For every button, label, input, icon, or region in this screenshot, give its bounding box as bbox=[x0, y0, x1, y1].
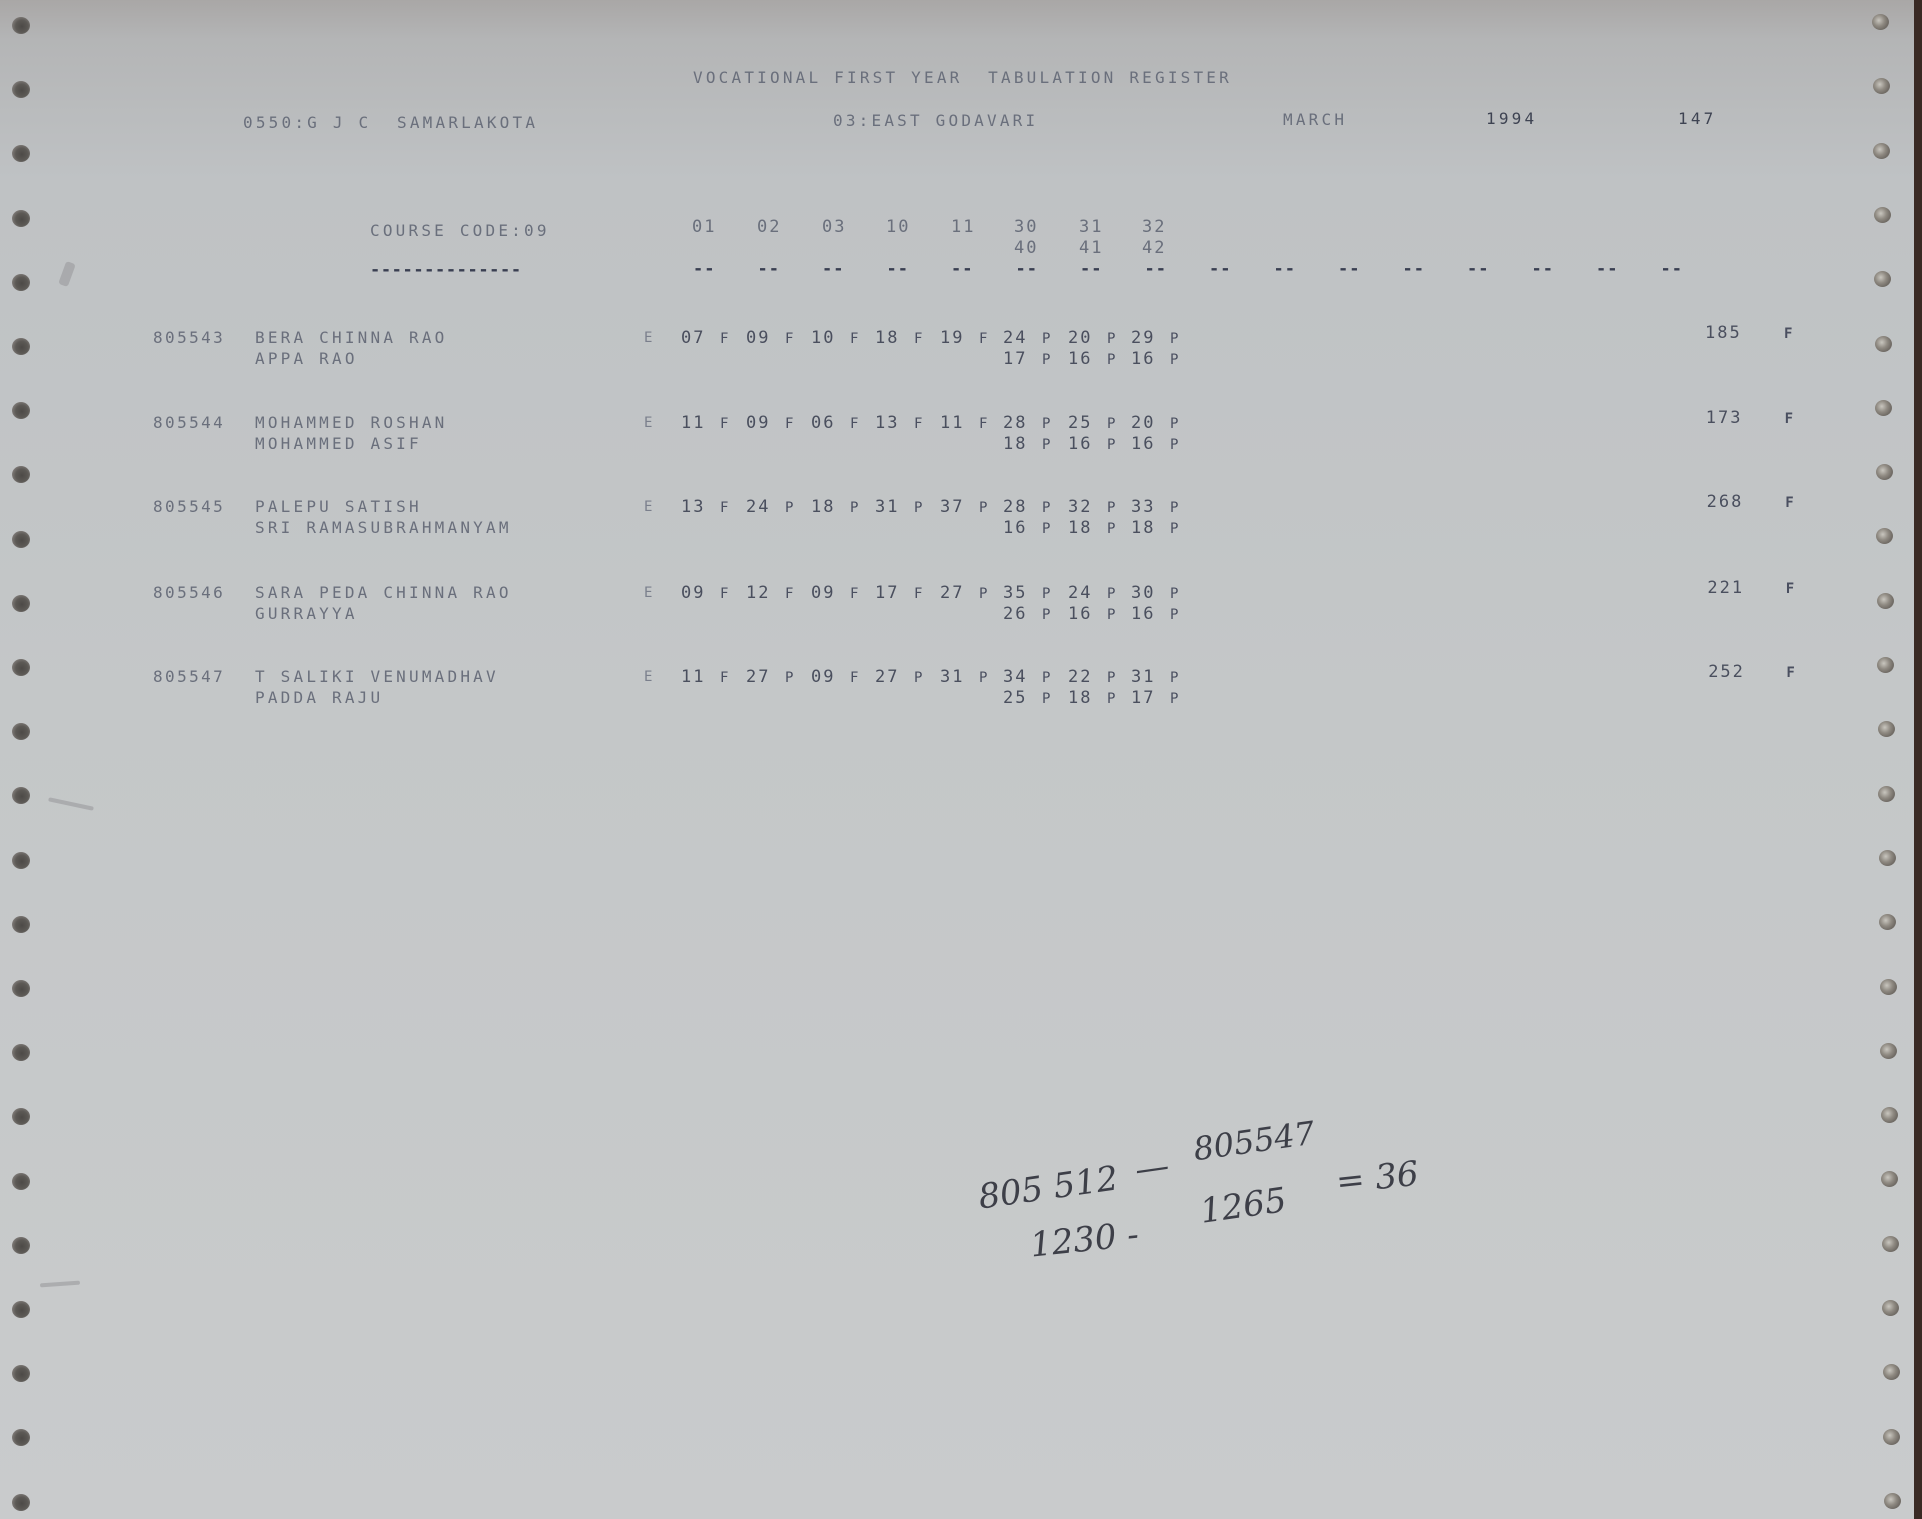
father-name: PADDA RAJU bbox=[255, 690, 383, 706]
tractor-hole bbox=[12, 338, 30, 355]
subject-mark: 12 bbox=[746, 585, 770, 602]
tractor-hole bbox=[1882, 1300, 1899, 1316]
subject-grade: P bbox=[785, 671, 793, 685]
medium-code: E bbox=[644, 416, 652, 430]
report-title: VOCATIONAL FIRST YEAR TABULATION REGISTE… bbox=[693, 70, 1232, 86]
district: 03:EAST GODAVARI bbox=[833, 113, 1038, 129]
subject-mark: 11 bbox=[940, 415, 964, 432]
total-marks: 173 bbox=[1706, 410, 1743, 427]
tractor-hole bbox=[12, 145, 30, 162]
subject-mark: 31 bbox=[875, 499, 899, 516]
course-code-label: COURSE CODE:09 bbox=[370, 223, 550, 239]
practical-grade: P bbox=[1170, 353, 1178, 367]
father-name: MOHAMMED ASIF bbox=[255, 436, 422, 452]
tractor-hole bbox=[1883, 1364, 1900, 1380]
subject-grade: F bbox=[914, 332, 922, 346]
column-separator: -- bbox=[887, 261, 909, 278]
subject-grade: P bbox=[1170, 417, 1178, 431]
practical-grade: P bbox=[1042, 438, 1050, 452]
column-separator: -- bbox=[758, 261, 780, 278]
practical-mark: 17 bbox=[1003, 351, 1027, 368]
subject-grade: F bbox=[720, 501, 728, 515]
tractor-hole bbox=[1875, 400, 1892, 416]
subject-grade: P bbox=[1170, 501, 1178, 515]
note-range-end: 805547 bbox=[1191, 1114, 1317, 1169]
note-line2-end: 1265 bbox=[1198, 1180, 1289, 1232]
subject-grade: P bbox=[1107, 417, 1115, 431]
subject-grade: F bbox=[720, 332, 728, 346]
subject-grade: F bbox=[914, 417, 922, 431]
subject-mark: 25 bbox=[1068, 415, 1092, 432]
medium-code: E bbox=[644, 331, 652, 345]
practical-grade: P bbox=[1170, 522, 1178, 536]
tractor-hole bbox=[1878, 786, 1895, 802]
practical-grade: P bbox=[1042, 692, 1050, 706]
subject-mark: 27 bbox=[746, 669, 770, 686]
practical-grade: P bbox=[1107, 438, 1115, 452]
practical-mark: 26 bbox=[1003, 606, 1027, 623]
student-name: PALEPU SATISH bbox=[255, 499, 422, 515]
subject-mark: 18 bbox=[811, 499, 835, 516]
father-name: GURRAYYA bbox=[255, 606, 358, 622]
tractor-hole bbox=[12, 210, 30, 227]
subject-grade: F bbox=[979, 332, 987, 346]
subject-mark: 24 bbox=[1068, 585, 1092, 602]
tractor-hole bbox=[12, 402, 30, 419]
student-name: SARA PEDA CHINNA RAO bbox=[255, 585, 512, 601]
tractor-hole bbox=[12, 1237, 30, 1254]
subject-grade: F bbox=[914, 587, 922, 601]
subject-mark: 22 bbox=[1068, 669, 1092, 686]
subject-code: 30 bbox=[1014, 219, 1038, 236]
margin-mark bbox=[40, 1281, 80, 1288]
page-number: 147 bbox=[1678, 111, 1717, 127]
subject-mark: 29 bbox=[1131, 330, 1155, 347]
practical-mark: 18 bbox=[1131, 520, 1155, 537]
hall-ticket-number: 805544 bbox=[153, 415, 225, 431]
subject-grade: P bbox=[1107, 671, 1115, 685]
subject-mark: 10 bbox=[811, 330, 835, 347]
practical-grade: P bbox=[1042, 353, 1050, 367]
subject-grade: F bbox=[850, 332, 858, 346]
subject-grade: P bbox=[979, 671, 987, 685]
subject-code: 10 bbox=[886, 219, 910, 236]
practical-mark: 16 bbox=[1003, 520, 1027, 537]
paper-edge bbox=[1914, 0, 1922, 1519]
medium-code: E bbox=[644, 586, 652, 600]
subject-grade: P bbox=[1170, 587, 1178, 601]
subject-mark: 34 bbox=[1003, 669, 1027, 686]
tractor-hole bbox=[12, 1365, 30, 1382]
practical-mark: 18 bbox=[1068, 520, 1092, 537]
tractor-hole bbox=[1872, 14, 1889, 30]
subject-grade: P bbox=[850, 501, 858, 515]
exam-month: MARCH bbox=[1283, 112, 1347, 128]
subject-mark: 37 bbox=[940, 499, 964, 516]
hall-ticket-number: 805545 bbox=[153, 499, 225, 515]
subject-mark: 24 bbox=[746, 499, 770, 516]
subject-grade: P bbox=[1170, 332, 1178, 346]
tractor-hole bbox=[1877, 593, 1894, 609]
subject-grade: P bbox=[1042, 417, 1050, 431]
practical-mark: 18 bbox=[1068, 690, 1092, 707]
practical-mark: 16 bbox=[1068, 436, 1092, 453]
tractor-hole bbox=[12, 1108, 30, 1125]
subject-mark: 19 bbox=[940, 330, 964, 347]
subject-code: 01 bbox=[692, 219, 716, 236]
subject-mark: 35 bbox=[1003, 585, 1027, 602]
note-dash: — bbox=[1132, 1146, 1171, 1190]
margin-mark bbox=[58, 261, 76, 287]
practical-grade: P bbox=[1170, 692, 1178, 706]
column-separator: -- bbox=[1145, 261, 1167, 278]
tractor-hole bbox=[1880, 979, 1897, 995]
tractor-hole bbox=[12, 980, 30, 997]
practical-mark: 16 bbox=[1131, 606, 1155, 623]
tractor-hole bbox=[12, 1429, 30, 1446]
final-result: F bbox=[1785, 412, 1793, 426]
subject-mark: 33 bbox=[1131, 499, 1155, 516]
column-separator: -- bbox=[951, 261, 973, 278]
subject-grade: F bbox=[785, 587, 793, 601]
subject-grade: P bbox=[1042, 671, 1050, 685]
total-marks: 185 bbox=[1705, 325, 1742, 342]
tractor-hole bbox=[12, 723, 30, 740]
hall-ticket-number: 805546 bbox=[153, 585, 225, 601]
subject-grade: P bbox=[1042, 587, 1050, 601]
subject-grade: P bbox=[979, 501, 987, 515]
column-separator: -- bbox=[693, 261, 715, 278]
course-underline: -------------- bbox=[370, 262, 522, 279]
column-separator: -- bbox=[1209, 261, 1231, 278]
subject-grade: P bbox=[979, 587, 987, 601]
subject-grade: P bbox=[1107, 587, 1115, 601]
father-name: APPA RAO bbox=[255, 351, 358, 367]
column-separator: -- bbox=[1467, 261, 1489, 278]
practical-grade: P bbox=[1107, 692, 1115, 706]
practical-grade: P bbox=[1042, 608, 1050, 622]
tractor-hole bbox=[1884, 1493, 1901, 1509]
tractor-hole bbox=[1882, 1236, 1899, 1252]
subject-grade: P bbox=[1042, 332, 1050, 346]
tractor-hole bbox=[12, 659, 30, 676]
subject-mark: 27 bbox=[875, 669, 899, 686]
medium-code: E bbox=[644, 670, 652, 684]
subject-mark: 09 bbox=[681, 585, 705, 602]
tractor-hole bbox=[1879, 850, 1896, 866]
column-separator: -- bbox=[1403, 261, 1425, 278]
tractor-hole bbox=[12, 595, 30, 612]
tractor-hole bbox=[1874, 271, 1891, 287]
subject-grade: F bbox=[850, 587, 858, 601]
column-separator: -- bbox=[1274, 261, 1296, 278]
column-separator: -- bbox=[1338, 261, 1360, 278]
total-marks: 252 bbox=[1708, 664, 1745, 681]
subject-grade: P bbox=[1170, 671, 1178, 685]
tractor-hole bbox=[1879, 914, 1896, 930]
tractor-hole bbox=[1875, 336, 1892, 352]
tractor-hole bbox=[12, 274, 30, 291]
subject-grade: F bbox=[720, 417, 728, 431]
tractor-hole bbox=[1881, 1171, 1898, 1187]
column-separator: -- bbox=[1596, 261, 1618, 278]
column-separator: -- bbox=[1532, 261, 1554, 278]
practical-mark: 16 bbox=[1068, 351, 1092, 368]
subject-grade: P bbox=[1042, 501, 1050, 515]
final-result: F bbox=[1784, 327, 1792, 341]
tractor-hole bbox=[12, 787, 30, 804]
column-separator: -- bbox=[1016, 261, 1038, 278]
student-name: MOHAMMED ROSHAN bbox=[255, 415, 448, 431]
practical-mark: 16 bbox=[1131, 351, 1155, 368]
college-code: 0550:G J C SAMARLAKOTA bbox=[243, 115, 538, 131]
tractor-hole bbox=[1877, 657, 1894, 673]
subject-mark: 09 bbox=[811, 669, 835, 686]
subject-grade: F bbox=[720, 671, 728, 685]
subject-mark: 09 bbox=[746, 415, 770, 432]
subject-mark: 13 bbox=[875, 415, 899, 432]
subject-grade: P bbox=[914, 671, 922, 685]
tractor-hole bbox=[12, 852, 30, 869]
column-separator: -- bbox=[1661, 261, 1683, 278]
exam-year: 1994 bbox=[1486, 111, 1537, 127]
note-range-start: 805 512 bbox=[976, 1158, 1121, 1217]
subject-code: 02 bbox=[757, 219, 781, 236]
medium-code: E bbox=[644, 500, 652, 514]
subject-code: 03 bbox=[822, 219, 846, 236]
subject-mark: 31 bbox=[940, 669, 964, 686]
practical-grade: P bbox=[1042, 522, 1050, 536]
total-marks: 221 bbox=[1707, 580, 1744, 597]
final-result: F bbox=[1786, 582, 1794, 596]
tractor-hole bbox=[1873, 78, 1890, 94]
tractor-hole bbox=[1883, 1429, 1900, 1445]
subject-mark: 30 bbox=[1131, 585, 1155, 602]
subject-grade: P bbox=[914, 501, 922, 515]
subject-code-secondary: 40 bbox=[1014, 240, 1038, 257]
practical-mark: 16 bbox=[1068, 606, 1092, 623]
tractor-hole bbox=[1880, 1043, 1897, 1059]
subject-mark: 09 bbox=[746, 330, 770, 347]
father-name: SRI RAMASUBRAHMANYAM bbox=[255, 520, 512, 536]
column-separator: -- bbox=[1080, 261, 1102, 278]
subject-code-secondary: 42 bbox=[1142, 240, 1166, 257]
tractor-hole bbox=[1873, 143, 1890, 159]
subject-grade: F bbox=[785, 417, 793, 431]
subject-mark: 07 bbox=[681, 330, 705, 347]
final-result: F bbox=[1785, 496, 1793, 510]
tractor-hole bbox=[12, 1044, 30, 1061]
subject-grade: F bbox=[785, 332, 793, 346]
subject-code-secondary: 41 bbox=[1079, 240, 1103, 257]
subject-grade: P bbox=[1107, 332, 1115, 346]
practical-grade: P bbox=[1107, 353, 1115, 367]
tractor-hole bbox=[12, 81, 30, 98]
student-name: T SALIKI VENUMADHAV bbox=[255, 669, 499, 685]
subject-mark: 32 bbox=[1068, 499, 1092, 516]
subject-mark: 11 bbox=[681, 415, 705, 432]
tractor-hole bbox=[1876, 464, 1893, 480]
tractor-hole bbox=[12, 531, 30, 548]
note-line2-start: 1230 - bbox=[1028, 1214, 1140, 1265]
subject-grade: P bbox=[1107, 501, 1115, 515]
subject-grade: F bbox=[979, 417, 987, 431]
subject-mark: 24 bbox=[1003, 330, 1027, 347]
hall-ticket-number: 805547 bbox=[153, 669, 225, 685]
subject-mark: 31 bbox=[1131, 669, 1155, 686]
hall-ticket-number: 805543 bbox=[153, 330, 225, 346]
practical-grade: P bbox=[1107, 608, 1115, 622]
tractor-hole bbox=[1874, 207, 1891, 223]
tractor-hole bbox=[12, 1494, 30, 1511]
tractor-hole bbox=[12, 1301, 30, 1318]
practical-grade: P bbox=[1107, 522, 1115, 536]
tractor-hole bbox=[12, 916, 30, 933]
subject-mark: 20 bbox=[1131, 415, 1155, 432]
total-marks: 268 bbox=[1707, 494, 1744, 511]
tractor-hole bbox=[1881, 1107, 1898, 1123]
subject-code: 11 bbox=[951, 219, 975, 236]
student-name: BERA CHINNA RAO bbox=[255, 330, 448, 346]
final-result: F bbox=[1786, 666, 1794, 680]
subject-code: 31 bbox=[1079, 219, 1103, 236]
practical-mark: 17 bbox=[1131, 690, 1155, 707]
practical-grade: P bbox=[1170, 608, 1178, 622]
subject-grade: F bbox=[850, 417, 858, 431]
practical-mark: 16 bbox=[1131, 436, 1155, 453]
subject-mark: 20 bbox=[1068, 330, 1092, 347]
practical-mark: 25 bbox=[1003, 690, 1027, 707]
tractor-hole bbox=[1878, 721, 1895, 737]
tractor-hole bbox=[1876, 528, 1893, 544]
subject-mark: 27 bbox=[940, 585, 964, 602]
subject-grade: P bbox=[785, 501, 793, 515]
subject-mark: 09 bbox=[811, 585, 835, 602]
subject-mark: 17 bbox=[875, 585, 899, 602]
subject-mark: 28 bbox=[1003, 415, 1027, 432]
subject-mark: 06 bbox=[811, 415, 835, 432]
practical-mark: 18 bbox=[1003, 436, 1027, 453]
subject-mark: 13 bbox=[681, 499, 705, 516]
tractor-hole bbox=[12, 1173, 30, 1190]
practical-grade: P bbox=[1170, 438, 1178, 452]
subject-grade: F bbox=[720, 587, 728, 601]
subject-code: 32 bbox=[1142, 219, 1166, 236]
tractor-hole bbox=[12, 17, 30, 34]
subject-mark: 28 bbox=[1003, 499, 1027, 516]
subject-grade: F bbox=[850, 671, 858, 685]
subject-mark: 11 bbox=[681, 669, 705, 686]
column-separator: -- bbox=[822, 261, 844, 278]
tractor-hole bbox=[12, 466, 30, 483]
note-count: = 36 bbox=[1334, 1154, 1420, 1202]
subject-mark: 18 bbox=[875, 330, 899, 347]
margin-mark bbox=[48, 797, 94, 810]
